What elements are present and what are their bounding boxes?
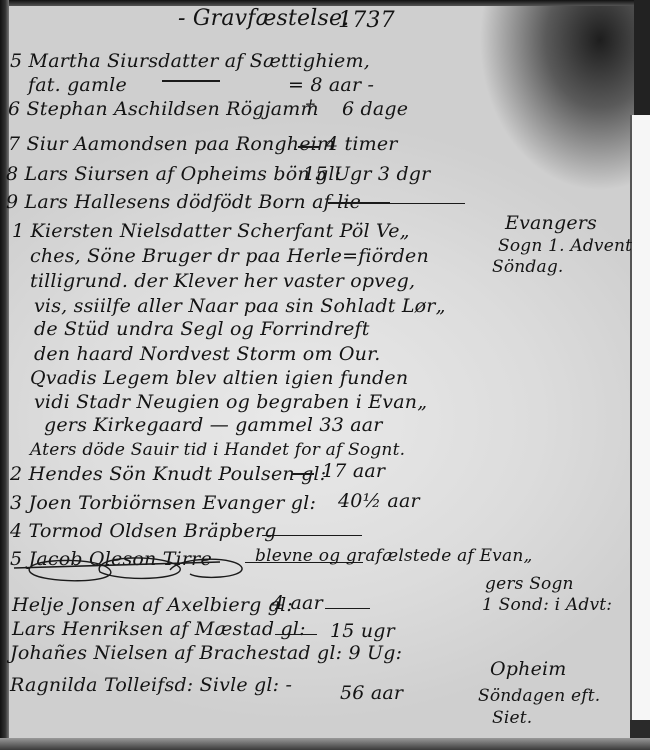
underline [298, 146, 320, 148]
entry-7-line: 7 Siur Aamondsen paa Rongheim [8, 135, 335, 154]
decorative-flourish [10, 548, 250, 592]
entry-2-age: 17 aar [322, 462, 385, 481]
divider-line [385, 203, 465, 204]
entry-5-line: 5 Martha Siursdatter af Sættighiem, [10, 52, 370, 71]
entry-7-age: 4 timer [326, 135, 398, 154]
section-note-line-3: 1 Sond: i Advt: [482, 597, 612, 614]
entry-6-line: 6 Stephan Aschildsen Rögjamm [8, 100, 319, 119]
entry-3-line: 3 Joen Torbiörnsen Evanger gl: [10, 494, 316, 513]
heading-dash: - [178, 6, 193, 31]
entry-5-cont: fat. gamle [28, 76, 127, 95]
entry-8-age: 15 Ugr 3 dgr [303, 165, 430, 184]
page-right-margin-strip [630, 115, 650, 720]
underline [292, 473, 314, 475]
section-note-line-2: gers Sogn [485, 576, 574, 593]
section-note-line-1: blevne og grafælstede af Evan„ [255, 548, 532, 565]
entry-1-line-3: tilligrund. der Klever her vaster opveg, [30, 272, 415, 291]
page-heading: - Gravfæstelse. [178, 8, 349, 30]
entry-bottom-3-line: Johañes Nielsen af Brachestad gl: 9 Ug: [10, 644, 402, 663]
entry-8-line: 8 Lars Siursen af Opheims bön gl: [6, 165, 341, 184]
entry-5-age: = 8 aar - [288, 76, 374, 95]
entry-1-line-5: de Stüd undra Segl og Forrindreft [34, 320, 370, 339]
underline [275, 634, 317, 635]
entry-6-age: 6 dage [342, 100, 408, 119]
entry-bottom-2-line: Lars Henriksen af Mæstad gl: [12, 620, 306, 639]
entry-1-line-8: vidi Stadr Neugien og begraben i Evan„ [34, 393, 427, 412]
entry-bottom-1-age: 4 aar [272, 594, 323, 613]
page-right-shadow [634, 0, 650, 115]
entry-2-line: 2 Hendes Sön Knudt Poulsen gl: [10, 465, 326, 484]
margin-note-1-line-1: Evangers [505, 214, 597, 233]
entry-1-line-10: Aters döde Sauir tid i Handet for af Sog… [30, 442, 405, 459]
entry-1-line-2: ches, Söne Bruger dr paa Herle=fiörden [30, 247, 429, 266]
underline [262, 535, 362, 536]
entry-1-line-1: 1 Kiersten Nielsdatter Scherfant Pöl Ve„ [12, 222, 410, 241]
entry-4-line: 4 Tormod Oldsen Bräpberg [10, 522, 277, 541]
margin-note-1-line-3: Söndag. [492, 259, 564, 276]
entry-6-mark: † [305, 98, 315, 117]
entry-bottom-2-age: 15 ugr [330, 622, 395, 641]
entry-1-line-4: vis, ssiilfe aller Naar paa sin Sohladt … [34, 297, 446, 316]
heading-year: 1737 [338, 10, 395, 32]
manuscript-page: - Gravfæstelse. 1737 5 Martha Siursdatte… [0, 0, 650, 750]
entry-1-line-6: den haard Nordvest Storm om Our. [34, 345, 381, 364]
underline [162, 80, 220, 82]
entry-1-line-9: gers Kirkegaard — gammel 33 aar [44, 416, 383, 435]
page-bottom-edge [0, 738, 650, 750]
heading-title: Gravfæstelse [193, 6, 342, 31]
margin-note-2-line-1: Opheim [490, 660, 567, 679]
entry-9-line: 9 Lars Hallesens dödfödt Born af lie [6, 193, 361, 212]
margin-note-2-line-3: Siet. [492, 710, 532, 727]
underline [328, 202, 390, 204]
underline [325, 608, 370, 609]
margin-note-1-line-2: Sogn 1. Advent [498, 238, 632, 255]
entry-bottom-4-line: Ragnilda Tolleifsd: Sivle gl: - [10, 676, 292, 695]
entry-1-line-7: Qvadis Legem blev altien igien funden [30, 369, 408, 388]
margin-note-2-line-2: Söndagen eft. [478, 688, 600, 705]
entry-bottom-4-age: 56 aar [340, 684, 403, 703]
entry-3-age: 40½ aar [338, 492, 420, 511]
entry-bottom-1-line: Helje Jonsen af Axelbierg gl: [12, 596, 293, 615]
